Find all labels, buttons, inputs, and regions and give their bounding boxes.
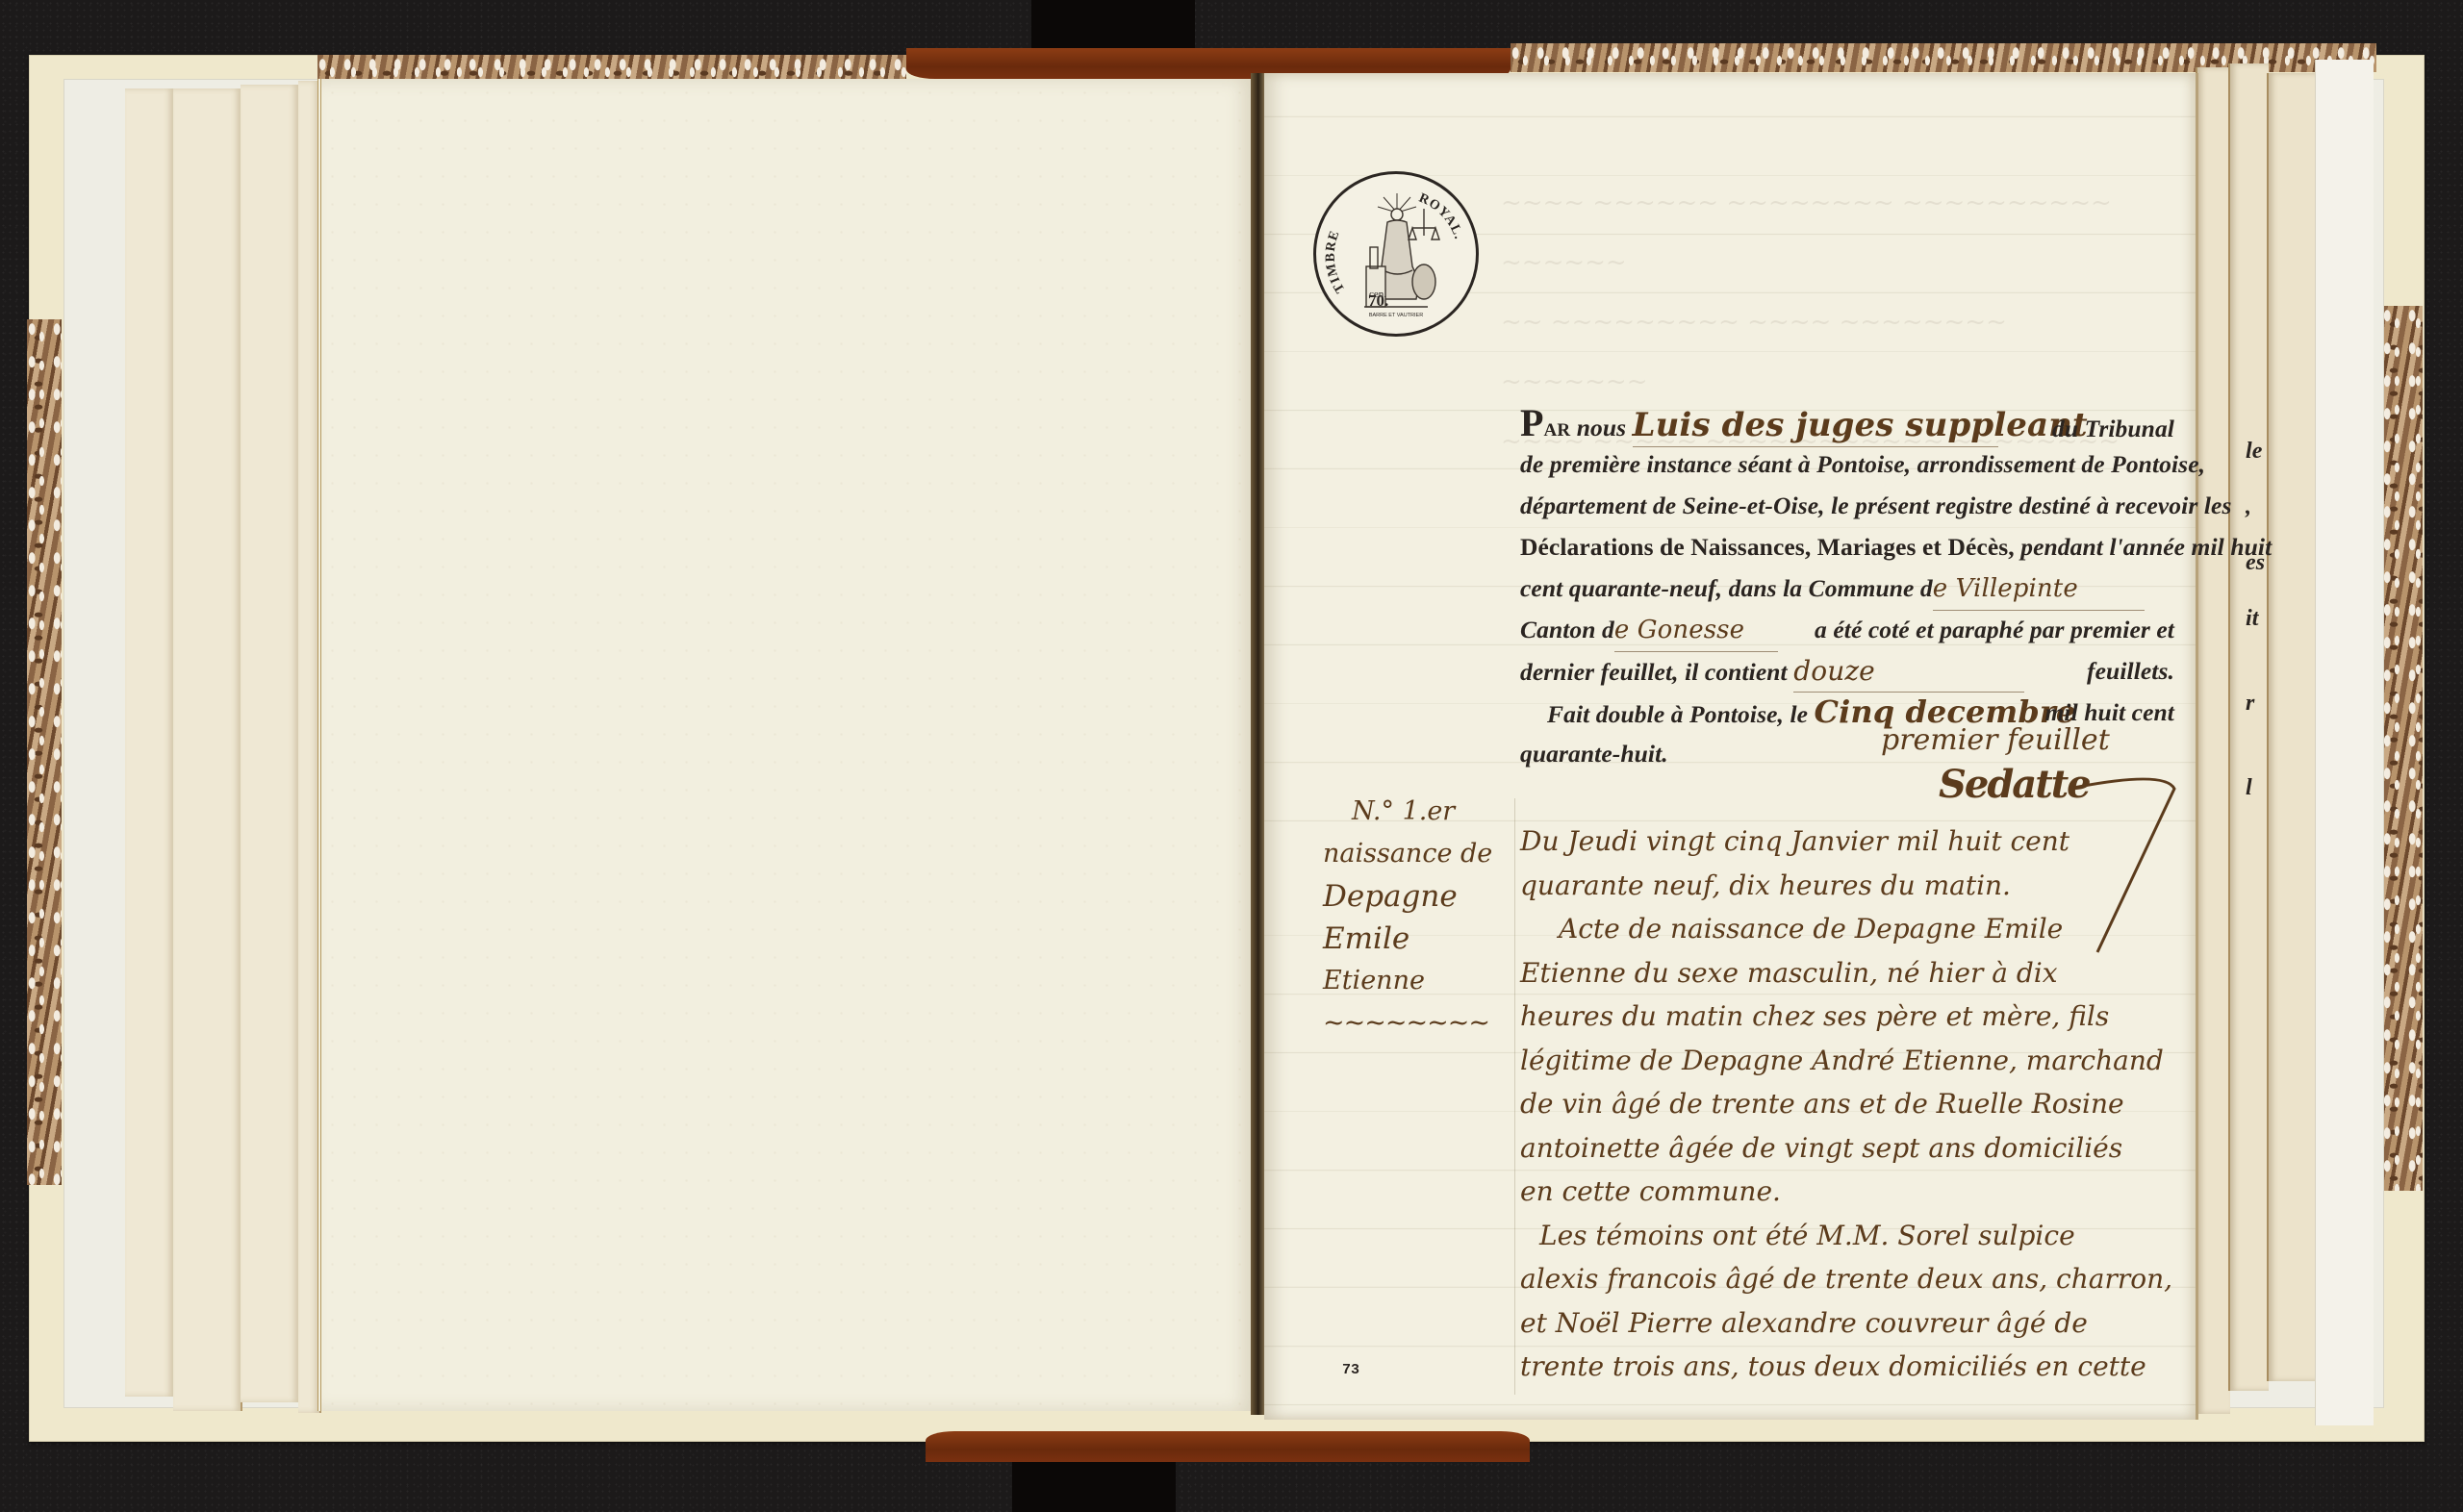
entry-line: de vin âgé de trente ans et de Ruelle Ro… (1520, 1082, 2184, 1126)
stamp-text-timbre: TIMBRE (1324, 228, 1349, 294)
preamble-line-9: quarante-huit. (1520, 733, 1668, 774)
edge-fragment: l (2246, 760, 2274, 816)
edge-fragment: le (2246, 423, 2274, 479)
book-gutter (1251, 73, 1264, 1415)
marbled-endpaper-top-left (317, 55, 906, 80)
handwritten-leaf-count: douze (1793, 650, 2024, 693)
judge-signature: Sedatte (1939, 762, 2090, 807)
preamble-line-6: Canton de Gonesse (1520, 609, 1778, 652)
register-preamble: PAR nous Luis des juges suppleant du Tri… (1520, 402, 2174, 748)
preamble-line-4: Déclarations de Naissances, Mariages et … (1520, 526, 2272, 567)
stamp-engraver: BARRE ET VAUTRIER (1369, 313, 1423, 318)
margin-line: naissance de (1323, 833, 1515, 875)
left-page-stack-1 (125, 88, 175, 1397)
small-caps: AR (1544, 420, 1571, 441)
entry-line: en cette commune. (1520, 1170, 2184, 1214)
printed-roman-text: Déclarations de Naissances, Mariages et … (1520, 533, 2015, 561)
entry-line: trente trois ans, tous deux domiciliés e… (1520, 1345, 2184, 1389)
leather-spine-bottom (926, 1431, 1530, 1462)
timbre-royal-stamp: cen. 70. TIMBRE ROYAL. BARRE ET VAUTRIER (1313, 171, 1479, 337)
printed-italic-text: pendant l'année mil huit (2020, 533, 2272, 561)
edge-fragment-text: le , es it r l (2246, 423, 2274, 816)
left-page-stack-2 (173, 88, 242, 1411)
printed-text: Canton d (1520, 616, 1614, 643)
entry-number: N.° 1.er (1323, 791, 1515, 833)
edge-fragment: it (2246, 591, 2274, 646)
entry-line: et Noël Pierre alexandre couvreur âgé de (1520, 1301, 2184, 1346)
entry-line: heures du matin chez ses père et mère, f… (1520, 995, 2184, 1039)
printed-text: dernier feuillet, il contient (1520, 658, 1788, 686)
printed-text: cent quarante-neuf, dans la Commune d (1520, 574, 1933, 602)
left-page-blank (317, 79, 1255, 1411)
margin-flourish: ~~~~~~~~ (1323, 1002, 1515, 1045)
svg-text:TIMBRE: TIMBRE (1324, 228, 1349, 294)
handwritten-commune: e Villepinte (1933, 568, 2145, 611)
justice-seal-icon: cen. 70. TIMBRE ROYAL. BARRE ET VAUTRIER (1316, 174, 1476, 334)
entry-line: Acte de naissance de Depagne Emile (1520, 907, 2184, 951)
margin-line: Depagne Emile (1323, 875, 1515, 960)
left-page-stack-3 (241, 85, 300, 1402)
entry-line: Les témoins ont été M.M. Sorel sulpice (1520, 1214, 2184, 1258)
preamble-line-3: département de Seine-et-Oise, le présent… (1520, 485, 2231, 526)
preamble-line-6-end: a été coté et paraphé par premier et (1815, 609, 2174, 650)
handwritten-judge-title: Luis des juges suppleant (1633, 405, 1998, 447)
preamble-line-5: cent quarante-neuf, dans la Commune de V… (1520, 567, 2145, 611)
right-cover-flyleaf (2315, 60, 2374, 1425)
entry-margin: N.° 1.er naissance de Depagne Emile Etie… (1323, 791, 1515, 1045)
annotation-premier-feuillet: premier feuillet (1881, 723, 2110, 757)
marbled-edge-left (27, 319, 62, 1185)
entry-line: Du Jeudi vingt cinq Janvier mil huit cen… (1520, 819, 2184, 864)
edge-fragment: r (2246, 675, 2274, 731)
printed-text: Fait double à Pontoise, le (1547, 700, 1808, 728)
entry-line: alexis francois âgé de trente deux ans, … (1520, 1257, 2184, 1301)
drop-cap: P (1520, 401, 1544, 444)
folio-number: 73 (1342, 1362, 1359, 1378)
margin-line: Etienne (1323, 960, 1515, 1002)
marbled-edge-right (2382, 306, 2423, 1191)
entry-line: quarante neuf, dix heures du matin. (1520, 864, 2184, 908)
right-page-stack-1 (2196, 67, 2230, 1414)
preamble-line-7: dernier feuillet, il contient douze (1520, 650, 2024, 693)
printed-word: nous (1577, 414, 1626, 441)
birth-record-entry: Du Jeudi vingt cinq Janvier mil huit cen… (1520, 819, 2184, 1389)
stamp-value: 70. (1368, 291, 1388, 310)
entry-line: légitime de Depagne André Etienne, march… (1520, 1039, 2184, 1083)
preamble-line-7-end: feuillets. (2087, 650, 2174, 692)
preamble-line-2: de première instance séant à Pontoise, a… (1520, 443, 2205, 485)
entry-line: Etienne du sexe masculin, né hier à dix (1520, 951, 2184, 995)
entry-line: antoinette âgée de vingt sept ans domici… (1520, 1126, 2184, 1171)
handwritten-canton: e Gonesse (1614, 610, 1778, 652)
